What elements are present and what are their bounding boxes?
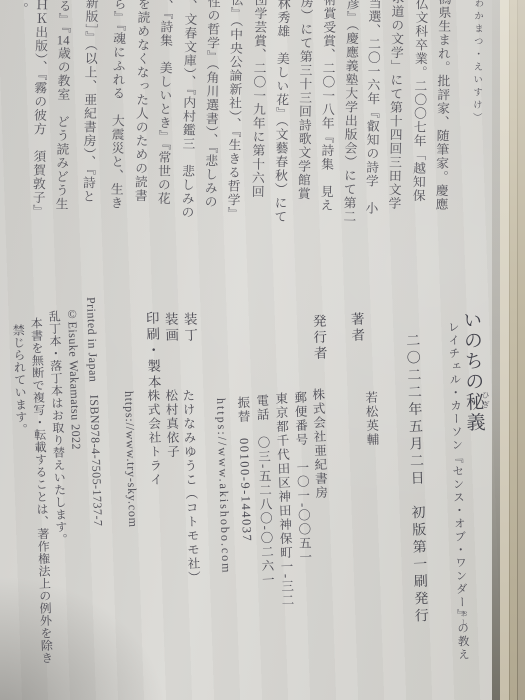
printing-company-url: https://www.try-sky.com bbox=[123, 391, 139, 528]
bio-line-6: 術賞受賞、二〇一八年『詩集 見え bbox=[319, 0, 335, 212]
bio-line-8: 林秀雄 美しい花』（文藝春秋）にて bbox=[272, 0, 288, 224]
phone-number-line: 電話 〇三-五二八〇-〇二六一 bbox=[255, 394, 274, 588]
author-label: 著者 bbox=[349, 312, 363, 344]
bio-line-15: ら』『魂にふれる 大震災と、生き bbox=[109, 0, 125, 210]
book-title-vertical: いのちの秘義 bbox=[461, 310, 484, 434]
bio-line-17-pre: る』『 bbox=[56, 0, 71, 34]
printing-company-name: 株式会社トライ bbox=[146, 389, 162, 487]
book-colophon-photo: わかまつ・えいすけ） 潟県生まれ。批評家、随筆家。慶應 仏文科卒業。二〇〇七年「… bbox=[0, 0, 525, 700]
publisher-label: 発行者 bbox=[311, 314, 326, 362]
cover-art-label: 装画 bbox=[163, 312, 177, 344]
page-curve-shadow bbox=[492, 0, 500, 700]
binding-designer-name: たけなみゆうこ（コトモモ社） bbox=[181, 389, 200, 585]
printed-in-japan-isbn-line: Printed in Japan ISBN978-4-7505-1737-7 bbox=[85, 297, 104, 527]
book-title-furigana: ひぎ bbox=[481, 391, 490, 410]
publisher-address-line: 東京都千代田区神田神保町一-三二 bbox=[274, 392, 293, 608]
bio-line-9: 団学芸賞、二〇一九年に第十六回 bbox=[250, 0, 266, 199]
bio-line-2: 仏文科卒業。二〇〇七年「越知保 bbox=[411, 0, 427, 203]
bio-line-1: 潟県生まれ。批評家、随筆家。慶應 bbox=[434, 0, 450, 211]
defect-exchange-notice: 乱丁本・落丁本はお取り替えいたします。 bbox=[48, 310, 67, 546]
bio-line-13: 、『詩集 美しいとき』『常世の花 bbox=[156, 0, 172, 205]
printing-label: 印刷・製本 bbox=[144, 311, 160, 391]
bio-line-14: を読めなくなった人のための読書 bbox=[133, 0, 149, 203]
bio-line-16: 新版］』（以上、亜紀書房）、『詩と bbox=[81, 0, 97, 203]
publisher-name: 株式会社亜紀書房 bbox=[311, 388, 327, 500]
bio-line-17: る』『14歳の教室 どう読みどう生 bbox=[54, 0, 70, 211]
binding-design-label: 装丁 bbox=[182, 312, 196, 344]
bio-line-18: ＨＫ出版）、『霧の彼方 須賀敦子』 bbox=[31, 0, 47, 218]
page-edge-band-3 bbox=[517, 0, 525, 700]
bio-line-17-number: 14 bbox=[56, 34, 70, 47]
bio-author-name-furigana: わかまつ・えいすけ） bbox=[470, 0, 481, 125]
author-bio-block: わかまつ・えいすけ） 潟県生まれ。批評家、随筆家。慶應 仏文科卒業。二〇〇七年「… bbox=[0, 0, 500, 242]
bio-line-7: 房）にて第三十三回詩歌文学館賞 bbox=[296, 0, 312, 201]
bio-line-11: 性の哲学』（角川選書）、『悲しみの bbox=[203, 0, 219, 209]
bio-line-end-period: 。 bbox=[14, 2, 27, 16]
page-edge-band-1 bbox=[500, 0, 509, 700]
reproduction-notice-line-2: 禁じられています。 bbox=[12, 324, 27, 436]
book-subtitle-furigana: おし bbox=[460, 610, 468, 627]
page-edge-separator-2 bbox=[517, 0, 518, 700]
page-edge-separator-1 bbox=[509, 0, 510, 700]
bio-line-17-post: 歳の教室 どう読みどう生 bbox=[53, 46, 70, 211]
bio-line-5: 彦』（慶應義塾大学出版会）にて第二 bbox=[341, 0, 357, 224]
cover-artist-name: 松村真依子 bbox=[164, 389, 179, 459]
postal-code-line: 郵便番号 一〇一-〇〇五一 bbox=[293, 391, 311, 565]
bio-line-12: 、文春文庫）、『内村鑑三 悲しみの bbox=[180, 0, 196, 219]
edition-date-line: 二〇二二年五月二日 初版第一刷発行 bbox=[404, 333, 427, 626]
page-edge-band-2 bbox=[509, 0, 517, 700]
bio-line-4: 当選、二〇一六年『叡知の詩学 小 bbox=[364, 0, 380, 215]
postal-transfer-line: 振替 00100-9-144037 bbox=[236, 396, 253, 543]
bio-line-3: 求道の文学」にて第十四回三田文学 bbox=[387, 0, 403, 210]
copyright-line: ©Eisuke Wakamatsu 2022 bbox=[66, 307, 82, 450]
bio-line-10: 伝』（中央公論新社）、『生きる哲学』 bbox=[225, 0, 241, 220]
publisher-url: https://www.akishobo.com bbox=[215, 398, 233, 575]
author-name: 若松英輔 bbox=[364, 391, 378, 447]
